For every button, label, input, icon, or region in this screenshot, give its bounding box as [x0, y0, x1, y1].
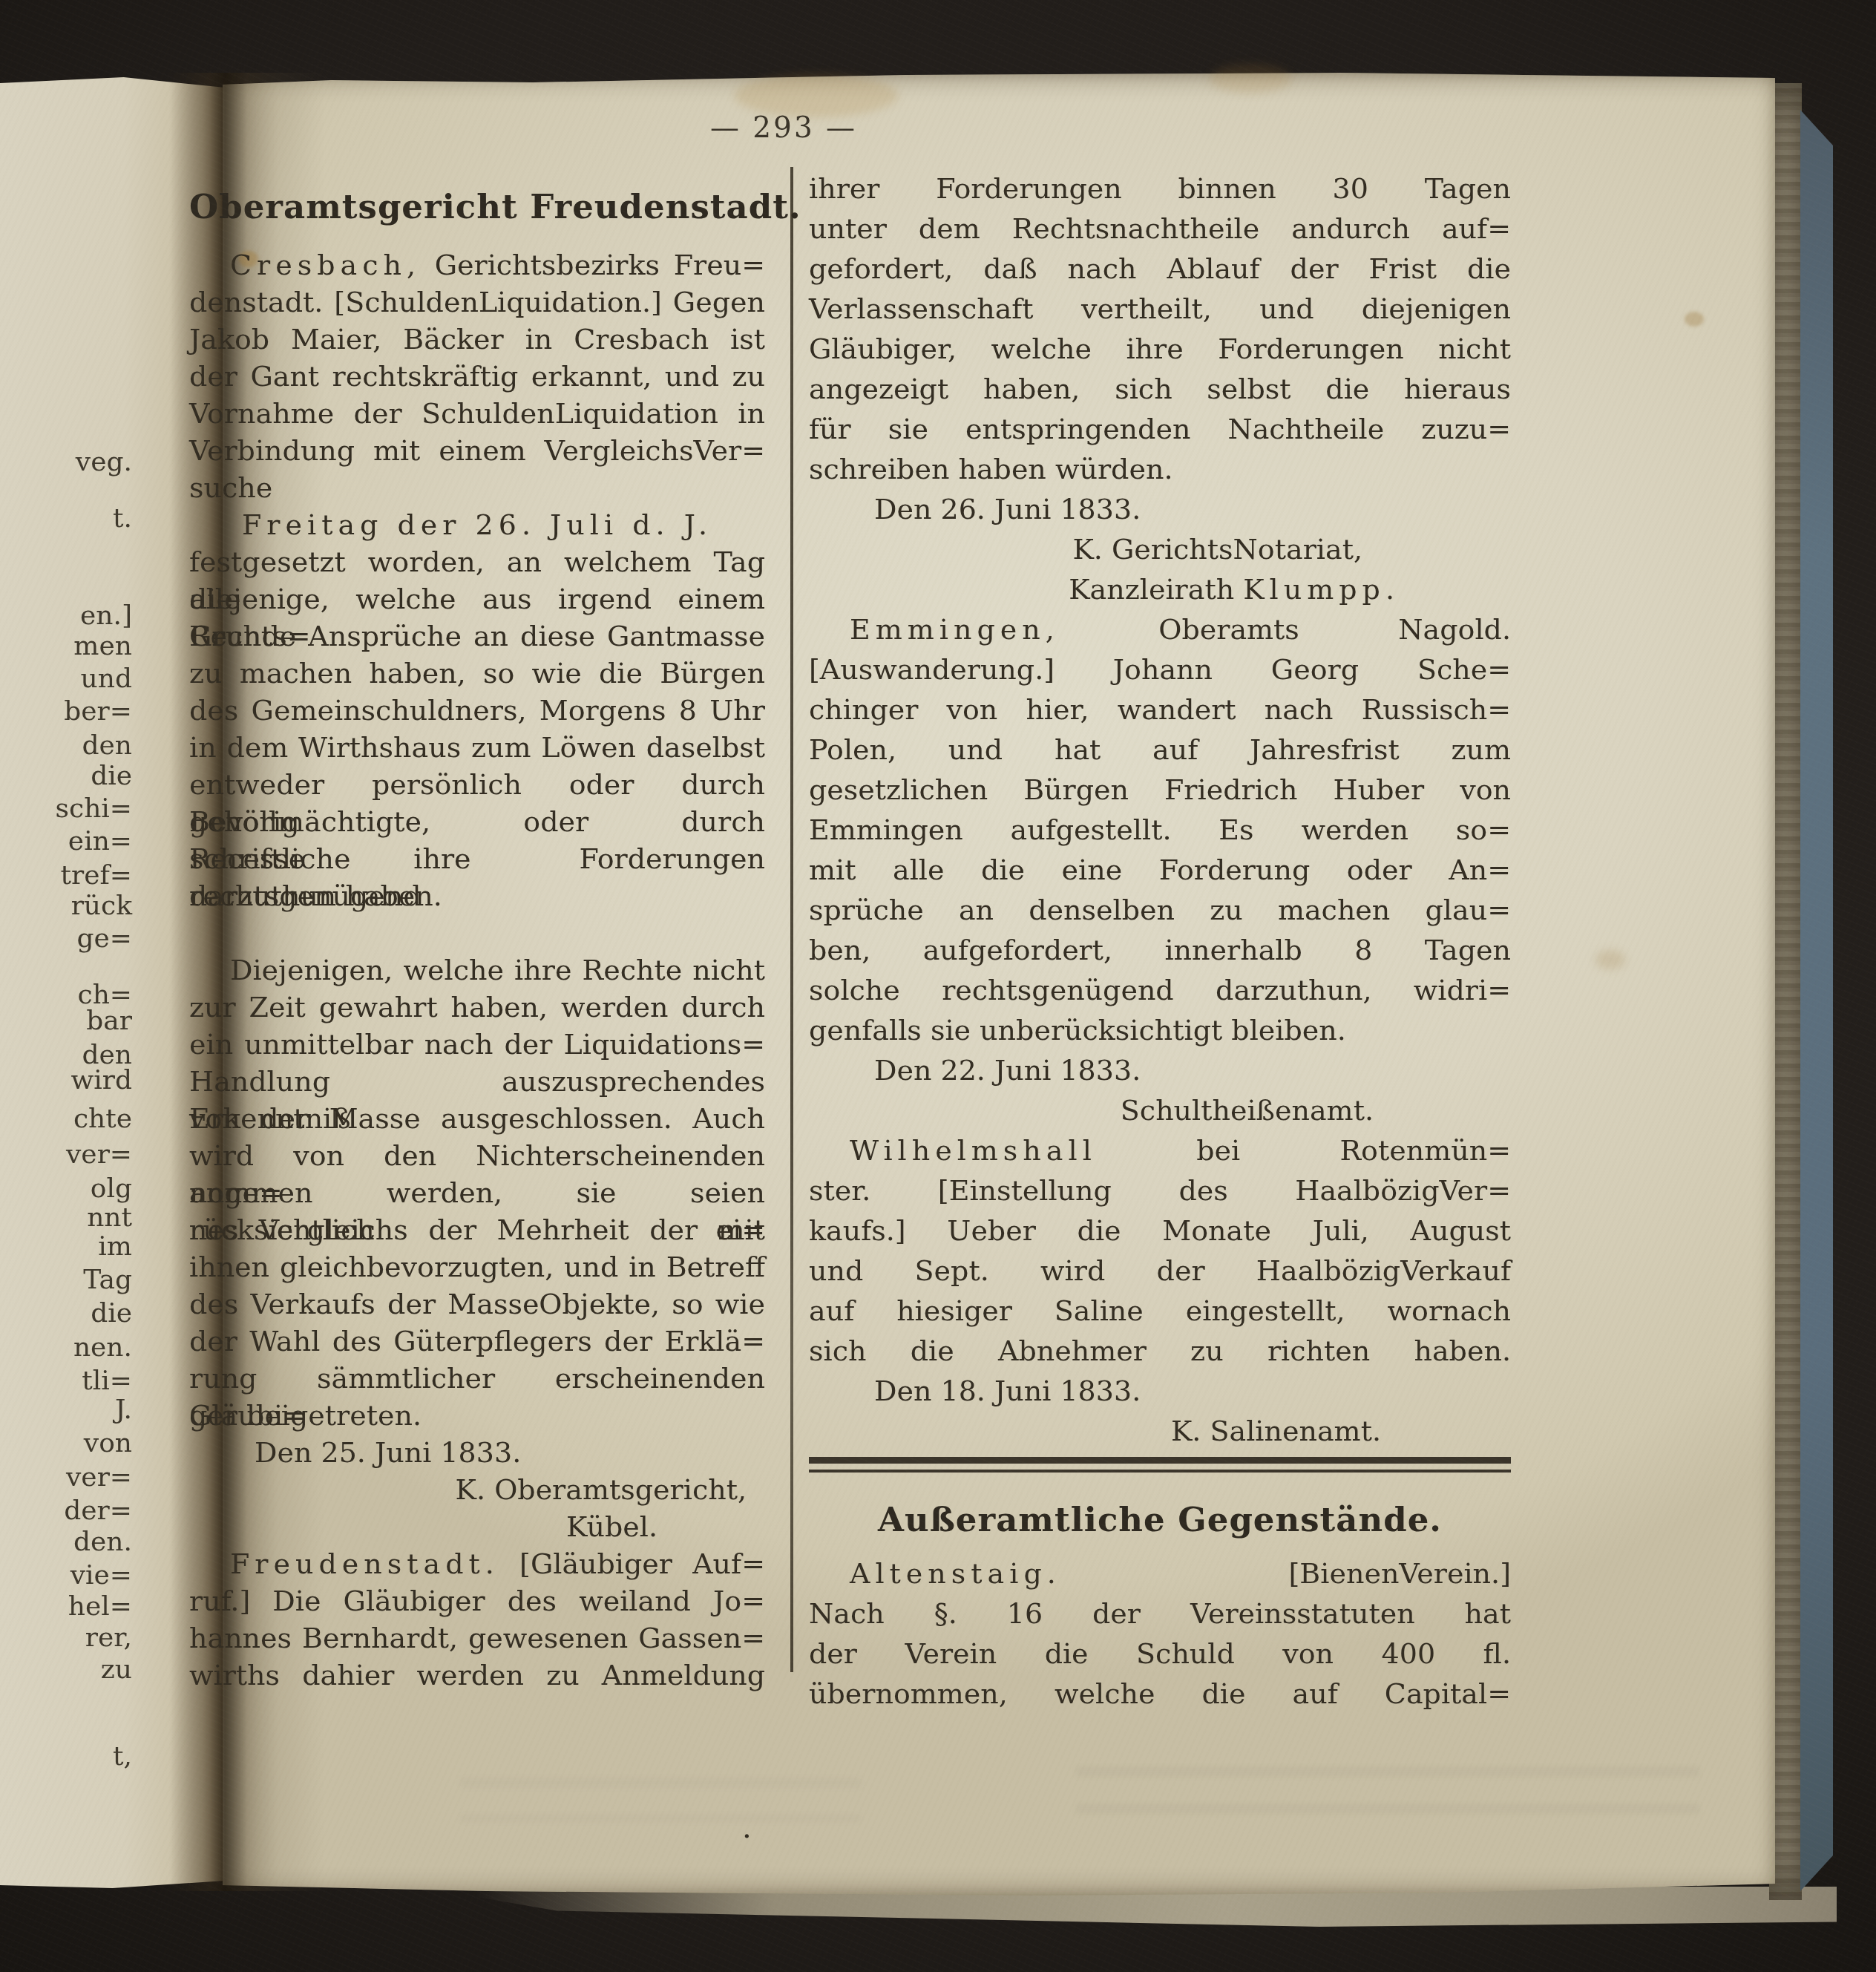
text-line: gesetzlichen Bürgen Friedrich Huber von — [809, 770, 1511, 810]
left-page-text-fragment: wird — [70, 1066, 132, 1095]
right-text-column: ihrer Forderungen binnen 30 Tagenunter d… — [809, 168, 1511, 1714]
text-line: der Gant rechtskräftig erkannt, und zu — [189, 358, 765, 395]
text-line: schreiben haben würden. — [809, 449, 1511, 489]
left-page-text-fragment: die — [91, 1299, 132, 1329]
text-line: genfalls sie unberücksichtigt bleiben. — [809, 1010, 1511, 1050]
letterspaced-word: Altenstaig. — [850, 1557, 1061, 1590]
text-line: Nach §. 16 der Vereinsstatuten hat — [809, 1593, 1511, 1634]
text-line: Verbindung mit einem VergleichsVer= — [189, 432, 765, 469]
left-page-text-fragment: schi= — [56, 794, 133, 824]
text-line: Außeramtliche Gegenstände. — [809, 1500, 1511, 1553]
left-page-text-fragment: nnt — [87, 1203, 132, 1233]
text-line: K. Oberamtsgericht, — [189, 1471, 765, 1508]
text-line: des Verkaufs der MasseObjekte, so wie — [189, 1285, 765, 1323]
text-line: wird von den Nichterscheinenden ange= — [189, 1137, 765, 1174]
section-divider-rule — [809, 1457, 1511, 1500]
text-line: von der Masse ausgeschlossen. Auch — [189, 1100, 765, 1137]
text-line: ihrer Forderungen binnen 30 Tagen — [809, 168, 1511, 209]
text-line: Diejenigen, welche ihre Rechte nicht — [189, 951, 765, 989]
text-line: darzuthun haben. — [189, 877, 765, 914]
text-line: Freudenstadt. [Gläubiger Auf= — [189, 1545, 765, 1582]
left-page-text-fragment: im — [98, 1232, 132, 1262]
letterspaced-word: Klumpp. — [1243, 573, 1400, 606]
letterspaced-word: Cresbach, — [230, 249, 421, 281]
text-line: chinger von hier, wandert nach Russisch= — [809, 689, 1511, 730]
text-line: solche rechtsgenügend darzuthun, widri= — [809, 970, 1511, 1010]
left-page-text-fragment: t, — [113, 1742, 132, 1772]
page-number: — 293 — — [710, 111, 857, 145]
left-page-text-fragment: ver= — [66, 1463, 132, 1493]
blank-space — [189, 914, 765, 951]
text-line: in dem Wirthshaus zum Löwen daselbst — [189, 729, 765, 766]
text-line: diejenige, welche aus irgend einem Recht… — [189, 580, 765, 618]
text-line: mit alle die eine Forderung oder An= — [809, 850, 1511, 890]
text-line: nes Vergleichs der Mehrheit der mit — [189, 1211, 765, 1248]
text-line: Den 22. Juni 1833. — [809, 1050, 1511, 1090]
left-page-text-fragment: hel= — [68, 1592, 132, 1622]
text-line: zu machen haben, so wie die Bürgen — [189, 655, 765, 692]
text-line: Altenstaig. [BienenVerein.] — [809, 1553, 1511, 1593]
text-line: Bevollmächtigte, oder durch schriftliche — [189, 803, 765, 840]
left-page-text-fragment: men — [73, 632, 132, 661]
text-line: ihnen gleichbevorzugten, und in Betreff — [189, 1248, 765, 1285]
text-line: zur Zeit gewahrt haben, werden durch — [189, 989, 765, 1026]
text-line: Verlassenschaft vertheilt, und diejenige… — [809, 289, 1511, 329]
text-line: Gläubiger, welche ihre Forderungen nicht — [809, 329, 1511, 369]
ink-speck: . — [742, 1811, 752, 1845]
text-line: sich die Abnehmer zu richten haben. — [809, 1331, 1511, 1371]
text-line: Recesse ihre Forderungen rechtsgenügend — [189, 840, 765, 877]
text-line: sprüche an denselben zu machen glau= — [809, 890, 1511, 930]
left-page-text-fragment: ge= — [76, 924, 132, 954]
left-page-text-fragment: und — [81, 664, 132, 694]
text-line: [Auswanderung.] Johann Georg Sche= — [809, 649, 1511, 689]
text-line: des Gemeinschuldners, Morgens 8 Uhr — [189, 692, 765, 729]
text-line: Emmingen aufgestellt. Es werden so= — [809, 810, 1511, 850]
text-line: Wilhelmshall bei Rotenmün= — [809, 1130, 1511, 1170]
book-scan-photo: { "page": { "number_line": "— 293 —" }, … — [0, 0, 1876, 1972]
text-line: Kanzleirath Klumpp. — [809, 569, 1511, 609]
left-page-text-fragment: chte — [73, 1104, 132, 1134]
left-page-text-fragment: zu — [101, 1655, 132, 1685]
text-line: Kübel. — [189, 1508, 765, 1545]
text-line: Oberamtsgericht Freudenstadt. — [189, 189, 765, 246]
text-line: auf hiesiger Saline eingestellt, wornach — [809, 1291, 1511, 1331]
left-page-text-fragment: en.] — [80, 601, 132, 631]
text-line: der Wahl des Güterpflegers der Erklä= — [189, 1323, 765, 1360]
left-page-text-fragment: Tag — [83, 1265, 132, 1295]
left-page-text-fragment: die — [91, 761, 132, 791]
left-page-text-fragment: veg. — [76, 448, 132, 477]
text-line: Jakob Maier, Bäcker in Cresbach ist — [189, 321, 765, 358]
text-line: K. GerichtsNotariat, — [809, 529, 1511, 569]
left-page-text-fragment: rück — [71, 891, 132, 921]
text-line: denstadt. [SchuldenLiquidation.] Gegen — [189, 284, 765, 321]
text-line: Emmingen, Oberamts Nagold. — [809, 609, 1511, 649]
column-divider-rule — [790, 167, 793, 1672]
text-line: unter dem Rechtsnachtheile andurch auf= — [809, 209, 1511, 249]
text-line: ein unmittelbar nach der Liquidations= — [189, 1026, 765, 1063]
text-line: kaufs.] Ueber die Monate Juli, August — [809, 1211, 1511, 1251]
text-line: ben, aufgefordert, innerhalb 8 Tagen — [809, 930, 1511, 970]
text-line: festgesetzt worden, an welchem Tag alle — [189, 543, 765, 580]
left-page-text-fragment: ber= — [64, 697, 132, 727]
text-line: Schultheißenamt. — [809, 1090, 1511, 1130]
text-line: suche — [189, 469, 765, 506]
text-line: Handlung auszusprechendes Erkenntniß — [189, 1063, 765, 1100]
left-page-text-fragment: von — [84, 1429, 132, 1458]
text-line: angezeigt haben, sich selbst die hieraus — [809, 369, 1511, 409]
left-page-text-fragment: bar — [86, 1006, 132, 1036]
left-page-fragments: veg.t.en.]menundber=dendieschi=ein=tref=… — [0, 77, 140, 1821]
left-page-text-fragment: ein= — [68, 827, 132, 856]
text-line: Den 26. Juni 1833. — [809, 489, 1511, 529]
left-page-text-fragment: J. — [115, 1395, 132, 1425]
text-line: Den 25. Juni 1833. — [189, 1434, 765, 1471]
text-line: übernommen, welche die auf Capital= — [809, 1674, 1511, 1714]
text-line: für sie entspringenden Nachtheile zuzu= — [809, 409, 1511, 449]
left-text-column: Oberamtsgericht Freudenstadt.Cresbach, G… — [189, 189, 765, 1694]
letterspaced-word: Emmingen, — [850, 613, 1060, 646]
text-line: wirths dahier werden zu Anmeldung — [189, 1657, 765, 1694]
left-page-text-fragment: vie= — [70, 1561, 132, 1591]
text-line: Den 18. Juni 1833. — [809, 1371, 1511, 1411]
letterspaced-word: Freudenstadt. — [230, 1547, 499, 1580]
text-line: Grunde Ansprüche an diese Gantmasse — [189, 618, 765, 655]
letterspaced-word: Freitag der 26. Juli d. J. — [242, 508, 712, 541]
text-line: Freitag der 26. Juli d. J. — [189, 506, 765, 543]
text-line: K. Salinenamt. — [809, 1411, 1511, 1451]
text-line: der Verein die Schuld von 400 fl. — [809, 1634, 1511, 1674]
text-line: entweder persönlich oder durch gehörig — [189, 766, 765, 803]
text-line: ruf.] Die Gläubiger des weiland Jo= — [189, 1582, 765, 1619]
left-page-text-fragment: rer, — [85, 1623, 132, 1653]
letterspaced-word: Wilhelmshall — [850, 1134, 1097, 1167]
left-page-text-fragment: olg — [91, 1174, 132, 1204]
left-page-text-fragment: tref= — [61, 861, 132, 891]
left-page-text-fragment: t. — [113, 504, 132, 534]
text-line: ger beigetreten. — [189, 1397, 765, 1434]
left-page-text-fragment: der= — [64, 1496, 132, 1526]
left-page-text-fragment: tli= — [82, 1366, 132, 1396]
text-line: ster. [Einstellung des HaalbözigVer= — [809, 1170, 1511, 1211]
text-line: gefordert, daß nach Ablauf der Frist die — [809, 249, 1511, 289]
text-line: nommen werden, sie seien rücksichtlich e… — [189, 1174, 765, 1211]
text-line: hannes Bernhardt, gewesenen Gassen= — [189, 1619, 765, 1657]
left-page-text-fragment: den — [82, 731, 132, 761]
left-page-text-fragment: ver= — [66, 1140, 132, 1170]
text-line: Polen, und hat auf Jahresfrist zum — [809, 730, 1511, 770]
left-page-text-fragment: nen. — [73, 1333, 132, 1363]
text-line: Vornahme der SchuldenLiquidation in — [189, 395, 765, 432]
left-page-text-fragment: den. — [73, 1527, 132, 1557]
text-line: Cresbach, Gerichtsbezirks Freu= — [189, 246, 765, 284]
text-line: rung sämmtlicher erscheinenden Gläubi= — [189, 1360, 765, 1397]
book-cover-edge — [1800, 110, 1833, 1891]
text-line: und Sept. wird der HaalbözigVerkauf — [809, 1251, 1511, 1291]
